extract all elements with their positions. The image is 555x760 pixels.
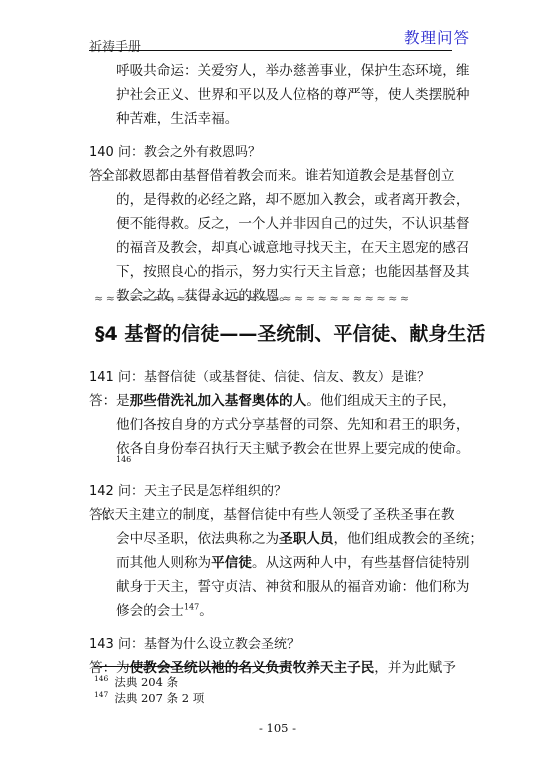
footnote-text: 法典 204 条 xyxy=(114,675,178,689)
footnote-146: 146法典 204 条 xyxy=(94,674,178,690)
paragraph-line: 护社会正义、世界和平以及人位格的尊严等，使人类摆脱种 xyxy=(116,85,469,105)
question-142: 142 问：天主子民是怎样组织的？ xyxy=(89,482,287,502)
bold-term: 平信徒 xyxy=(211,555,252,571)
answer-line: 是那些借洗礼加入基督奥体的人。他们组成天主的子民， xyxy=(116,391,456,411)
answer-line: 依天主建立的制度，基督信徒中有些人领受了圣秩圣事在教 xyxy=(101,505,454,525)
answer-line: 下，按照良心的指示，努力实行天主旨意；也能因基督及其 xyxy=(116,262,469,282)
answer-label: 答： xyxy=(89,391,116,411)
footnote-number: 146 xyxy=(94,674,108,683)
answer-line: 的，是得救的必经之路，却不愿加入教会，或者离开教会， xyxy=(116,190,469,210)
footnote-rule xyxy=(94,666,287,667)
bold-term: 那些借洗礼加入基督奥体的人 xyxy=(130,393,307,409)
text: 。 xyxy=(199,603,213,619)
text: 而其他人则称为 xyxy=(116,555,211,571)
text: 会中尽圣职，依法典称之为 xyxy=(116,531,279,547)
answer-line: 而其他人则称为平信徒。从这两种人中，有些基督信徒特别 xyxy=(116,553,469,573)
answer-line: 的福音及教会，却真心诚意地寻找天主，在天主恩宠的感召 xyxy=(116,238,469,258)
text: ，他们组成教会的圣统； xyxy=(334,531,484,547)
answer-line: 便不能得救。反之，一个人并非因自己的过失，不认识基督 xyxy=(116,214,469,234)
running-header-section-title: 教理问答 xyxy=(404,26,470,48)
running-header-book-title: 祈祷手册 xyxy=(89,36,141,55)
text: 修会的会士 xyxy=(116,603,184,619)
text: 是 xyxy=(116,393,130,409)
bold-term: 圣职人员 xyxy=(279,531,333,547)
page-number: - 105 - xyxy=(0,721,555,735)
footnote-ref-147[interactable]: 147 xyxy=(184,602,199,611)
text: ，并为此赋予 xyxy=(374,660,456,676)
answer-line: 他们各按自身的方式分享基督的司祭、先知和君王的职务， xyxy=(116,415,469,435)
footnote-ref-146[interactable]: 146 xyxy=(116,450,131,470)
answer-line: 修会的会士147。 xyxy=(116,601,213,621)
text: 。他们组成天主的子民， xyxy=(306,393,456,409)
answer-line: 献身于天主，誓守贞洁、神贫和服从的福音劝谕：他们称为 xyxy=(116,577,469,597)
footnote-text: 法典 207 条 2 项 xyxy=(114,691,204,705)
answer-line: 依各自身份奉召执行天主赋予教会在世界上要完成的使命。 xyxy=(116,439,469,459)
wavy-divider: ≈≈≈≈≈≈≈≈≈≈≈≈≈≈≈≈≈≈≈≈≈≈≈≈≈≈≈ xyxy=(94,292,412,305)
question-140: 140 问：教会之外有救恩吗？ xyxy=(89,143,261,163)
document-page: 祈祷手册 教理问答 呼吸共命运：关爱穷人，举办慈善事业，保护生态环境，维 护社会… xyxy=(0,0,555,760)
text: 。从这两种人中，有些基督信徒特别 xyxy=(252,555,470,571)
section-heading: §4 基督的信徒——圣统制、平信徒、献身生活 xyxy=(95,319,485,346)
footnote-147: 147法典 207 条 2 项 xyxy=(94,690,204,706)
paragraph-line: 种苦难，生活幸福。 xyxy=(116,109,238,129)
answer-line: 会中尽圣职，依法典称之为圣职人员，他们组成教会的圣统； xyxy=(116,529,483,549)
answer-line: 全部救恩都由基督借着教会而来。谁若知道教会是基督创立 xyxy=(101,166,454,186)
question-143: 143 问：基督为什么设立教会圣统？ xyxy=(89,635,300,655)
question-141: 141 问：基督信徒（或基督徒、信徒、信友、教友）是谁？ xyxy=(89,368,430,388)
footnote-number: 147 xyxy=(94,690,108,699)
paragraph-line: 呼吸共命运：关爱穷人，举办慈善事业，保护生态环境，维 xyxy=(116,61,469,81)
header-rule xyxy=(89,50,452,51)
